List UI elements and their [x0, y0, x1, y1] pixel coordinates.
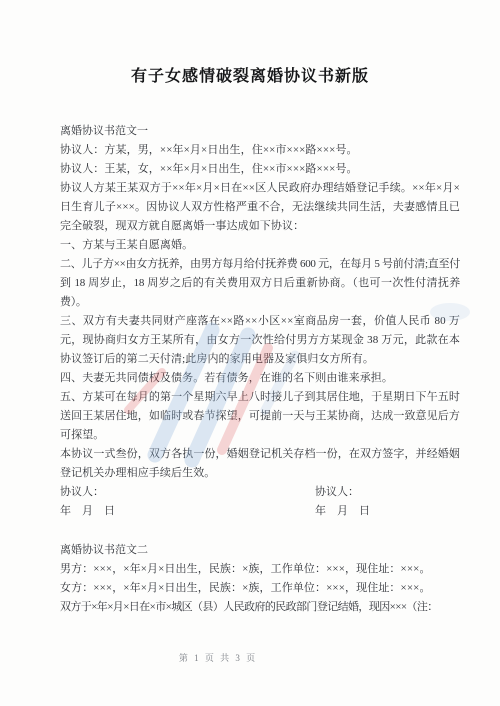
signature-left-date: 年 月 日 [60, 502, 315, 521]
document-body: 离婚协议书范文一 协议人：方某，男，××年×月×日出生，住××市×××路×××号… [0, 122, 500, 617]
paragraph-registration: 双方于×年×月×日在×市×城区（县）人民政府的民政部门登记结婚，现因×××（注： [60, 598, 460, 617]
paragraph-husband: 男方：×××，×年×月×日出生，民族：×族，工作单位：×××，现住址：×××。 [60, 560, 460, 579]
paragraph-validity: 本协议一式叁份，双方各执一份，婚姻登记机关存档一份，在双方签字，并经婚姻登记机关… [60, 445, 460, 483]
paragraph-clause-2: 二、儿子方××由女方抚养，由男方每月给付抚养费 600 元，在每月 5 号前付清… [60, 255, 460, 312]
paragraph-clause-4: 四、夫妻无共同债权及债务。若有债务，在谁的名下则由谁来承担。 [60, 369, 460, 388]
signature-date-row: 年 月 日 年 月 日 [60, 502, 460, 521]
page: 有子女感情破裂离婚协议书新版 离婚协议书范文一 协议人：方某，男，××年×月×日… [0, 0, 500, 706]
paragraph-party-b: 协议人：王某，女，××年×月×日出生，住××市×××路×××号。 [60, 160, 460, 179]
paragraph-party-a: 协议人：方某，男，××年×月×日出生，住××市×××路×××号。 [60, 141, 460, 160]
page-number: 第 1 页 共 3 页 [0, 651, 436, 664]
paragraph-clause-1: 一、方某与王某自愿离婚。 [60, 236, 460, 255]
signature-right-label: 协议人： [315, 483, 460, 502]
paragraph-clause-3: 三、双方有夫妻共同财产座落在××路××小区××室商品房一套，价值人民币 80 万… [60, 312, 460, 369]
paragraph-wife: 女方：×××，×年×月×日出生，民族：×族，工作单位：×××，现住址：×××。 [60, 579, 460, 598]
paragraph-clause-5: 五、方某可在每月的第一个星期六早上八时接儿子到其居住地，于星期日下午五时送回王某… [60, 388, 460, 445]
paragraph-intro: 协议人方某王某双方于××年×月×日在××区人民政府办理结婚登记手续。××年×月×… [60, 179, 460, 236]
signature-left-label: 协议人： [60, 483, 315, 502]
signature-right-date: 年 月 日 [315, 502, 460, 521]
signature-row: 协议人： 协议人： [60, 483, 460, 502]
document-title: 有子女感情破裂离婚协议书新版 [0, 0, 500, 88]
section-2-heading: 离婚协议书范文二 [60, 541, 460, 560]
section-1-heading: 离婚协议书范文一 [60, 122, 460, 141]
